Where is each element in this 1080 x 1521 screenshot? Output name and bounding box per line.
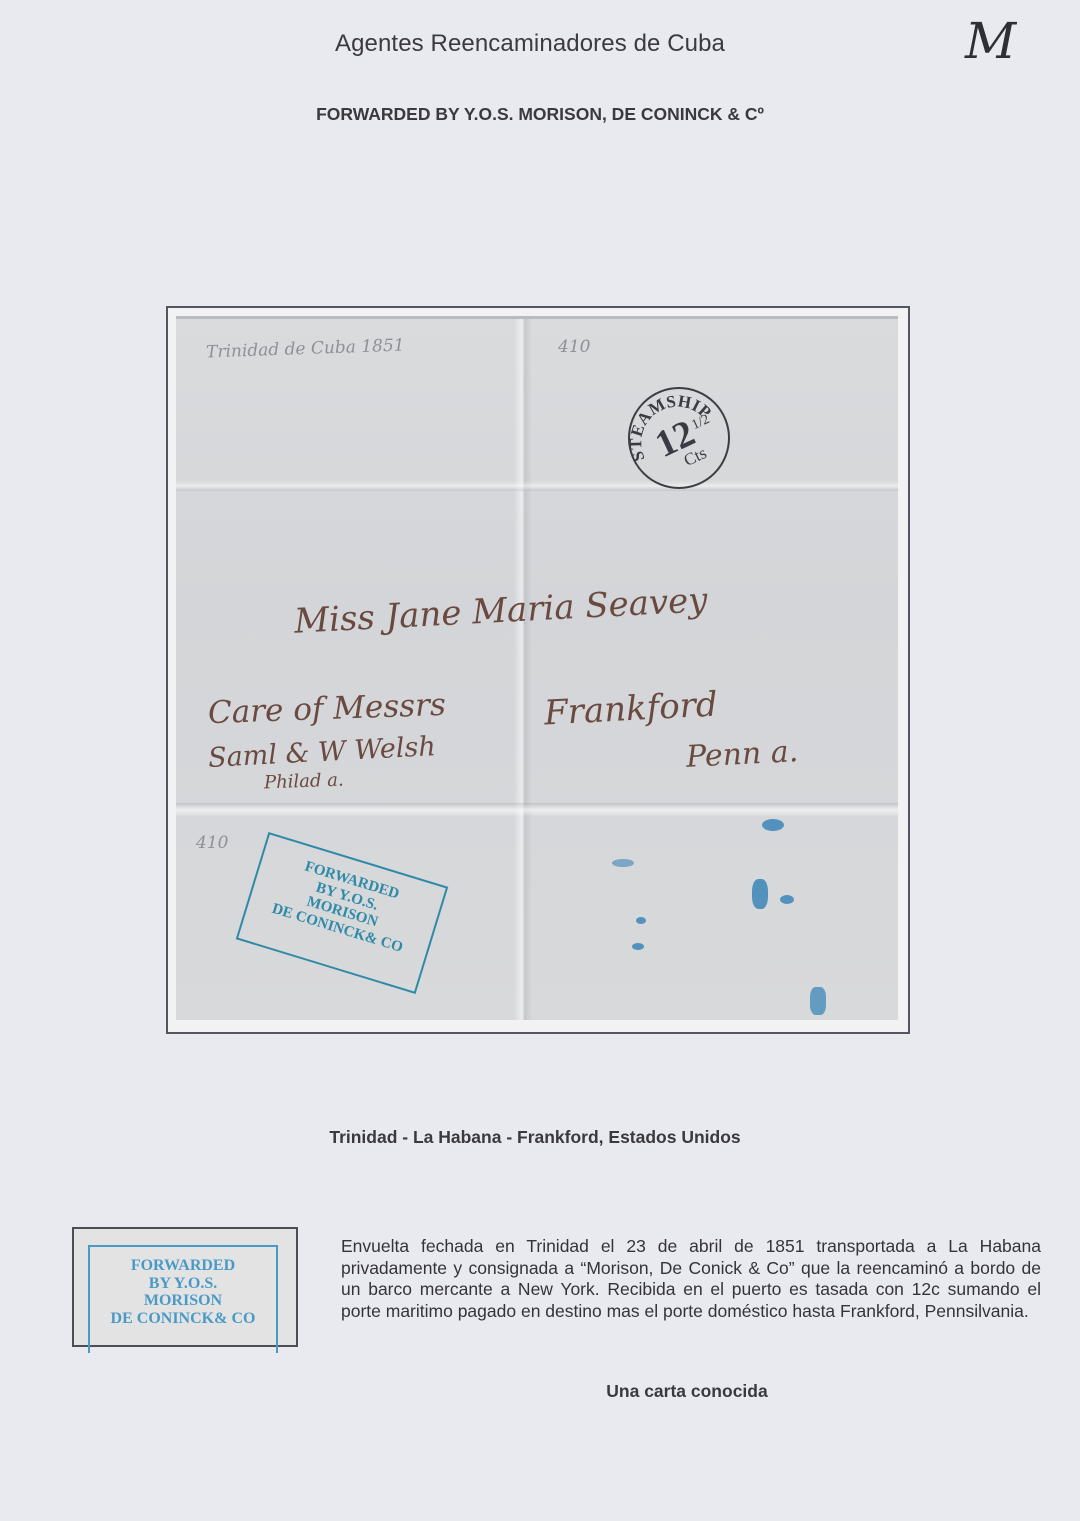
address-agent: Saml & W Welsh — [207, 731, 436, 774]
address-agent-city: Philad a. — [264, 770, 344, 794]
stamp-line: BY Y.O.S. — [90, 1275, 276, 1293]
pencil-note-place-date: Trinidad de Cuba 1851 — [206, 336, 405, 363]
folded-letter-cover: Trinidad de Cuba 1851 410 410 STEAMSHIP … — [176, 316, 898, 1020]
route-caption: Trinidad - La Habana - Frankford, Estado… — [0, 1127, 1070, 1148]
fold-crease-vertical — [514, 319, 532, 1020]
stamp-detail-frame: FORWARDED BY Y.O.S. MORISON DE CONINCK& … — [72, 1227, 298, 1347]
address-town: Frankford — [543, 684, 719, 733]
stamp-line: DE CONINCK& CO — [90, 1310, 276, 1328]
forwarder-handstamp-detail: FORWARDED BY Y.O.S. MORISON DE CONINCK& … — [88, 1245, 278, 1353]
cover-description: Envuelta fechada en Trinidad el 23 de ab… — [341, 1236, 1041, 1322]
page-subtitle: FORWARDED BY Y.O.S. MORISON, DE CONINCK … — [0, 104, 1080, 125]
page-title: Agentes Reencaminadores de Cuba — [0, 30, 1060, 58]
forwarder-handstamp: FORWARDED BY Y.O.S. MORISON DE CONINCK& … — [236, 832, 449, 994]
stamp-line: FORWARDED — [90, 1257, 276, 1275]
steamship-postmark: STEAMSHIP 12 1/2 Cts — [628, 387, 730, 489]
section-letter: M — [965, 12, 1016, 70]
fold-crease-horizontal-top — [176, 481, 898, 491]
address-care-of: Care of Messrs — [207, 687, 446, 731]
fold-crease-horizontal-bottom — [176, 803, 898, 817]
stamp-line: MORISON — [90, 1292, 276, 1310]
address-state: Penn a. — [685, 734, 799, 775]
pencil-note-ref-top: 410 — [558, 337, 590, 357]
address-addressee: Miss Jane Maria Seavey — [293, 580, 708, 642]
rarity-note: Una carta conocida — [0, 1381, 1080, 1402]
cover-image-frame: Trinidad de Cuba 1851 410 410 STEAMSHIP … — [166, 306, 910, 1034]
pencil-note-ref-bottom: 410 — [196, 833, 228, 853]
